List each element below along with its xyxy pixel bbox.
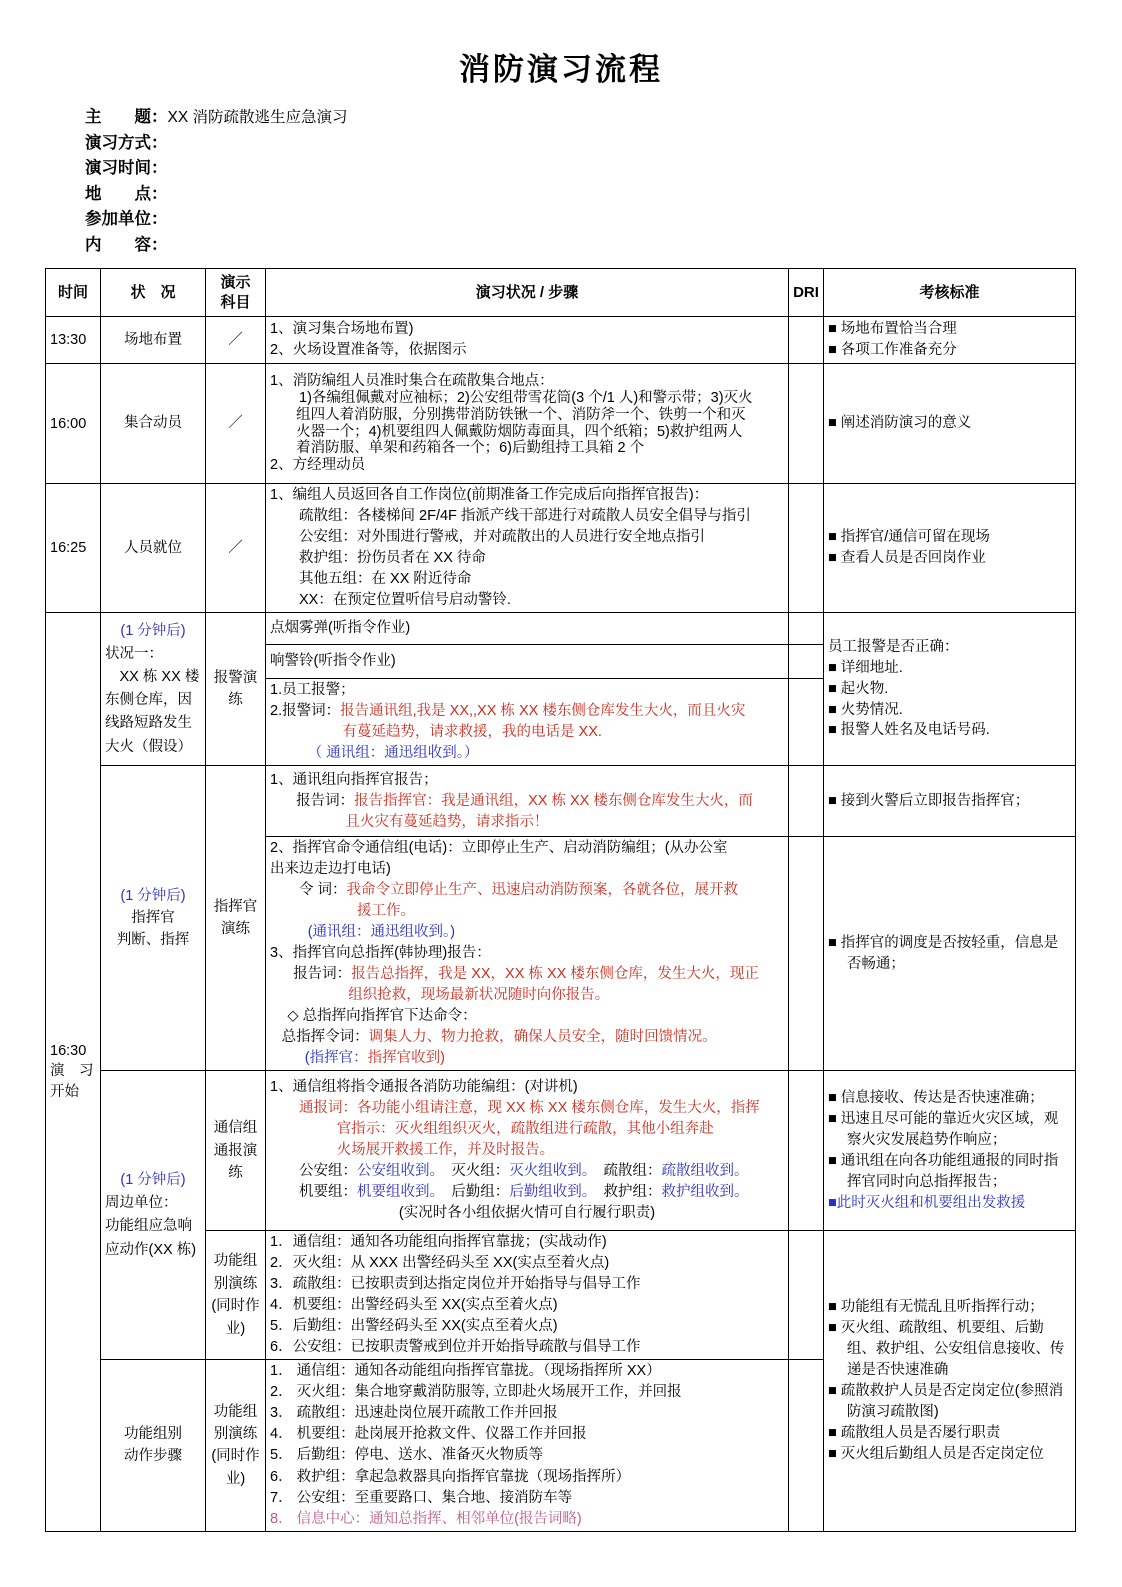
text-segment: 1、消防编组人员准时集合在疏散集合地点： bbox=[270, 373, 554, 389]
col-header-time: 时间 bbox=[46, 269, 101, 317]
text-segment: ■ 详细地址. bbox=[828, 660, 903, 676]
meta-row-content: 内 容： bbox=[85, 233, 1122, 259]
cell-status: 场地布置 bbox=[101, 317, 206, 364]
meta-row-time: 演习时间： bbox=[85, 156, 1122, 182]
cell-subject: 功能组 别演练 (同时作 业) bbox=[206, 1360, 266, 1531]
text-line: 着消防服、单架和药箱各一个；6)后勤组持工具箱 2 个 bbox=[270, 440, 784, 457]
text-segment: 1)各编组佩戴对应袖标；2)公安组带雪花筒(3 个/1 人)和警示带；3)灭火 bbox=[299, 390, 753, 406]
text-line: 公安组：公安组收到。 灭火组：灭火组收到。 疏散组：疏散组收到。 bbox=[270, 1161, 784, 1182]
text-segment: 公安组收到。 bbox=[357, 1163, 437, 1179]
text-segment: 1、通信组将指令通报各消防功能编组：(对讲机) bbox=[270, 1079, 578, 1095]
text-segment: 2、指挥官命令通信组(电话)：立即停止生产、启动消防编组；(从办公室 bbox=[270, 840, 728, 856]
text-segment: 点烟雾弹(听指令作业) bbox=[270, 620, 410, 636]
text-segment: (1 分钟后) bbox=[120, 623, 185, 639]
cell-dri bbox=[789, 837, 824, 1071]
text-line: 4．机要组：出警经码头至 XX(实点至着火点) bbox=[270, 1295, 784, 1316]
text-segment: 5． 后勤组：停电、送水、准备灭火物质等 bbox=[270, 1447, 543, 1463]
cell-steps: 1、通讯组向指挥官报告；报告词：报告指挥官：我是通讯组，XX 栋 XX 楼东侧仓… bbox=[266, 766, 789, 837]
text-segment: 公安组： bbox=[299, 1163, 357, 1179]
text-segment: 救护组：扮伤员者在 XX 待命 bbox=[299, 550, 486, 566]
text-line: 2． 灭火组：集合地穿戴消防服等, 立即赴火场展开工作，并回报 bbox=[270, 1382, 784, 1403]
text-segment: 5．后勤组：出警经码头至 XX(实点至着火点) bbox=[270, 1318, 558, 1334]
text-segment: 2． 灭火组：集合地穿戴消防服等, 立即赴火场展开工作，并回报 bbox=[270, 1384, 682, 1400]
cell-time: 16:30 演 习 开始 bbox=[46, 613, 101, 1531]
text-segment: 指挥官收到) bbox=[368, 1050, 445, 1066]
meta-section: 主 题：XX 消防疏散逃生应急演习 演习方式： 演习时间： 地 点： 参加单位：… bbox=[85, 105, 1122, 258]
text-line: 2、指挥官命令通信组(电话)：立即停止生产、启动消防编组；(从办公室 bbox=[270, 838, 784, 859]
text-line: (通讯组：通迅组收到。) bbox=[270, 922, 784, 943]
text-line: 2.报警词：报告通讯组,我是 XX,,XX 栋 XX 楼东侧仓库发生大火，而且火… bbox=[270, 701, 784, 722]
text-line: (实况时各小组依据火情可自行履行职责) bbox=[270, 1203, 784, 1224]
text-line: XX 栋 XX 楼东侧仓库，因线路短路发生大火（假设） bbox=[105, 666, 201, 759]
text-line: ■ 指挥官的调度是否按轻重，信息是否畅通； bbox=[828, 933, 1071, 975]
text-segment: 疏散组：各楼梯间 2F/4F 指派产线干部进行对疏散人员安全倡导与指引 bbox=[299, 508, 751, 524]
text-segment: 周边单位： bbox=[105, 1195, 178, 1211]
text-segment: (指挥官： bbox=[305, 1050, 368, 1066]
text-segment: ◇ 总指挥向指挥官下达命令： bbox=[287, 1008, 476, 1024]
text-line: 火器一个；4)机要组四人佩戴防烟防毒面具，四个纸箱；5)救护组两人 bbox=[270, 424, 784, 441]
text-segment: 疏散组： bbox=[589, 1163, 662, 1179]
text-segment: 其他五组：在 XX 附近待命 bbox=[299, 571, 471, 587]
cell-status: 人员就位 bbox=[101, 484, 206, 613]
text-line: ■ 灭火组、疏散组、机要组、后勤组、救护组、公安组信息接收、传递是否快速准确 bbox=[828, 1318, 1071, 1381]
text-line: ■ 各项工作准备充分 bbox=[828, 340, 1071, 361]
text-segment: 后勤组收到。 bbox=[509, 1184, 589, 1200]
text-segment: 员工报警是否正确： bbox=[828, 639, 959, 655]
text-segment: 报告总指挥，我是 XX，XX 栋 XX 楼东侧仓库，发生大火，现正 bbox=[351, 966, 759, 982]
text-line: ■ 信息接收、传达是否快速准确； bbox=[828, 1088, 1071, 1109]
text-line: ■此时灭火组和机要组出发救援 bbox=[828, 1193, 1071, 1214]
text-segment: 后勤组： bbox=[437, 1184, 510, 1200]
cell-assess: ■ 场地布置恰当合理■ 各项工作准备充分 bbox=[824, 317, 1076, 364]
text-segment: 报告通讯组,我是 XX,,XX 栋 XX 楼东侧仓库发生大火，而且火灾 bbox=[340, 703, 745, 719]
text-segment: 判断、指挥 bbox=[117, 932, 190, 948]
text-line: 2、方经理动员 bbox=[270, 457, 784, 474]
text-segment: ■ 指挥官的调度是否按轻重，信息是否畅通； bbox=[828, 935, 1058, 972]
meta-label: 参加单位： bbox=[85, 210, 168, 228]
cell-subject: ／ bbox=[206, 484, 266, 613]
text-segment: ■此时灭火组和机要组出发救援 bbox=[828, 1195, 1025, 1211]
col-header-status: 状 况 bbox=[101, 269, 206, 317]
text-line: 6．公安组：已按职责警戒到位并开始指导疏散与倡导工作 bbox=[270, 1337, 784, 1358]
text-segment: ■ 查看人员是否回岗作业 bbox=[828, 550, 986, 566]
text-line: 7． 公安组：至重要路口、集合地、接消防车等 bbox=[270, 1488, 784, 1509]
text-line: 2．灭火组：从 XXX 出警经码头至 XX(实点至着火点) bbox=[270, 1253, 784, 1274]
text-line: ■ 起火物. bbox=[828, 679, 1071, 700]
cell-dri bbox=[789, 613, 824, 645]
text-segment: 2、火场设置准备等，依据图示 bbox=[270, 342, 467, 358]
cell-assess: ■ 接到火警后立即报告指挥官； bbox=[824, 766, 1076, 837]
text-line: ■ 疏散组人员是否屡行职责 bbox=[828, 1423, 1071, 1444]
text-segment: ■ 疏散组人员是否屡行职责 bbox=[828, 1425, 1000, 1441]
cell-assess: ■ 指挥官的调度是否按轻重，信息是否畅通； bbox=[824, 837, 1076, 1071]
col-header-assess: 考核标准 bbox=[824, 269, 1076, 317]
cell-steps: 点烟雾弹(听指令作业) bbox=[266, 613, 789, 645]
text-line: 指挥官 bbox=[105, 907, 201, 929]
text-line: 8． 信息中心：通知总指挥、相邻单位(报告词略) bbox=[270, 1509, 784, 1530]
text-segment: 官指示：灭火组组织灭火，疏散组进行疏散，其他小组奔赴 bbox=[337, 1121, 714, 1137]
text-line: ■ 通讯组在向各功能组通报的同时指挥官同时向总指挥报告； bbox=[828, 1151, 1071, 1193]
cell-status: (1 分钟后)指挥官判断、指挥 bbox=[101, 766, 206, 1071]
text-segment: 3． 疏散组：迅速赴岗位展开疏散工作并回报 bbox=[270, 1405, 558, 1421]
text-segment: 着消防服、单架和药箱各一个；6)后勤组持工具箱 2 个 bbox=[296, 440, 644, 456]
text-line: 疏散组：各楼梯间 2F/4F 指派产线干部进行对疏散人员安全倡导与指引 bbox=[270, 506, 784, 527]
cell-dri bbox=[789, 1231, 824, 1360]
cell-dri bbox=[789, 679, 824, 766]
text-line: 官指示：灭火组组织灭火，疏散组进行疏散，其他小组奔赴 bbox=[270, 1119, 784, 1140]
text-segment: 8． 信息中心：通知总指挥、相邻单位(报告词略) bbox=[270, 1511, 582, 1527]
text-segment: 报告词： bbox=[296, 793, 354, 809]
table-row: (1 分钟后)周边单位：功能组应急响应动作(XX 栋) 通信组 通报演 练 1、… bbox=[46, 1071, 1076, 1231]
drill-table: 时间 状 况 演示 科目 演习状况 / 步骤 DRI 考核标准 13:30 场地… bbox=[45, 268, 1076, 1532]
cell-assess: ■ 指挥官/通信可留在现场■ 查看人员是否回岗作业 bbox=[824, 484, 1076, 613]
text-segment: 动作步骤 bbox=[124, 1448, 182, 1464]
text-line: 3． 疏散组：迅速赴岗位展开疏散工作并回报 bbox=[270, 1403, 784, 1424]
text-line: 4． 机要组：赴岗展开抢救文件、仪器工作并回报 bbox=[270, 1424, 784, 1445]
text-line: ■ 接到火警后立即报告指挥官； bbox=[828, 791, 1071, 812]
meta-row-subject: 主 题：XX 消防疏散逃生应急演习 bbox=[85, 105, 1122, 131]
text-segment: 1．通信组：通知各功能组向指挥官靠拢；(实战动作) bbox=[270, 1234, 607, 1250]
cell-time: 16:00 bbox=[46, 364, 101, 484]
cell-steps: 1、编组人员返回各自工作岗位(前期准备工作完成后向指挥官报告)：疏散组：各楼梯间… bbox=[266, 484, 789, 613]
meta-label: 主 题： bbox=[85, 108, 168, 126]
text-line: 1、通讯组向指挥官报告； bbox=[270, 770, 784, 791]
text-segment: 1、通讯组向指挥官报告； bbox=[270, 772, 438, 788]
text-line: 报告词：报告总指挥，我是 XX，XX 栋 XX 楼东侧仓库，发生大火，现正 bbox=[270, 964, 784, 985]
text-line: 机要组：机要组收到。 后勤组：后勤组收到。 救护组：救护组收到。 bbox=[270, 1182, 784, 1203]
col-header-dri: DRI bbox=[789, 269, 824, 317]
table-header-row: 时间 状 况 演示 科目 演习状况 / 步骤 DRI 考核标准 bbox=[46, 269, 1076, 317]
text-segment: 公安组：对外围进行警戒，并对疏散出的人员进行安全地点指引 bbox=[299, 529, 705, 545]
text-line: 1)各编组佩戴对应袖标；2)公安组带雪花筒(3 个/1 人)和警示带；3)灭火 bbox=[270, 390, 784, 407]
cell-steps: 1、通信组将指令通报各消防功能编组：(对讲机)通报词：各功能小组请注意，现 XX… bbox=[266, 1071, 789, 1231]
text-segment: 1． 通信组：通知各动能组向指挥官靠拢。（现场指挥所 XX） bbox=[270, 1363, 661, 1379]
text-segment: 通报词：各功能小组请注意，现 XX 栋 XX 楼东侧仓库，发生大火，指挥 bbox=[299, 1100, 760, 1116]
text-segment: ■ 阐述消防演习的意义 bbox=[828, 415, 971, 431]
cell-subject: 功能组 别演练 (同时作 业) bbox=[206, 1231, 266, 1360]
text-line: 1、通信组将指令通报各消防功能编组：(对讲机) bbox=[270, 1077, 784, 1098]
text-segment: ■ 疏散救护人员是否定岗定位(参照消防演习疏散图) bbox=[828, 1383, 1063, 1420]
text-segment: 火器一个；4)机要组四人佩戴防烟防毒面具，四个纸箱；5)救护组两人 bbox=[296, 424, 742, 440]
text-segment: ■ 指挥官/通信可留在现场 bbox=[828, 529, 990, 545]
text-segment: 功能组应急响应动作(XX 栋) bbox=[105, 1218, 196, 1257]
text-segment: 灭火组收到。 bbox=[509, 1163, 589, 1179]
text-segment: ■ 火势情况. bbox=[828, 702, 903, 718]
text-line: 判断、指挥 bbox=[105, 929, 201, 951]
cell-status: (1 分钟后)状况一： XX 栋 XX 楼东侧仓库，因线路短路发生大火（假设） bbox=[101, 613, 206, 766]
text-segment: ■ 各项工作准备充分 bbox=[828, 342, 957, 358]
cell-status: 功能组别动作步骤 bbox=[101, 1360, 206, 1531]
text-segment: 1、编组人员返回各自工作岗位(前期准备工作完成后向指挥官报告)： bbox=[270, 487, 708, 503]
text-segment: 2.报警词： bbox=[270, 703, 340, 719]
text-line: 响警铃(听指令作业) bbox=[270, 651, 784, 672]
text-segment: （ 通讯组：通迅组收到。） bbox=[308, 745, 479, 761]
text-line: ■ 火势情况. bbox=[828, 700, 1071, 721]
cell-time: 16:25 bbox=[46, 484, 101, 613]
text-line: 救护组：扮伤员者在 XX 待命 bbox=[270, 548, 784, 569]
cell-steps: 1、演习集合场地布置)2、火场设置准备等，依据图示 bbox=[266, 317, 789, 364]
text-line: 1． 通信组：通知各动能组向指挥官靠拢。（现场指挥所 XX） bbox=[270, 1361, 784, 1382]
text-line: ■ 灭火组后勤组人员是否定岗定位 bbox=[828, 1444, 1071, 1465]
text-segment: 令 词： bbox=[299, 882, 347, 898]
text-line: （ 通讯组：通迅组收到。） bbox=[270, 743, 784, 764]
text-segment: 报告词： bbox=[293, 966, 351, 982]
cell-assess: ■ 信息接收、传达是否快速准确；■ 迅速且尽可能的靠近火灾区域，观察火灾发展趋势… bbox=[824, 1071, 1076, 1231]
text-segment: XX 栋 XX 楼东侧仓库，因线路短路发生大火（假设） bbox=[105, 669, 199, 755]
text-segment: 响警铃(听指令作业) bbox=[270, 653, 396, 669]
text-line: 出来边走边打电话) bbox=[270, 859, 784, 880]
cell-steps: 1．通信组：通知各功能组向指挥官靠拢；(实战动作)2．灭火组：从 XXX 出警经… bbox=[266, 1231, 789, 1360]
meta-label: 地 点： bbox=[85, 185, 168, 203]
text-segment: 6． 救护组：拿起急救器具向指挥官靠拢（现场指挥所） bbox=[270, 1469, 630, 1485]
text-segment: 状况一： bbox=[105, 646, 163, 662]
text-line: 5．后勤组：出警经码头至 XX(实点至着火点) bbox=[270, 1316, 784, 1337]
cell-assess: ■ 功能组有无慌乱且听指挥行动；■ 灭火组、疏散组、机要组、后勤组、救护组、公安… bbox=[824, 1231, 1076, 1531]
text-segment: 且火灾有蔓延趋势，请求指示！ bbox=[345, 814, 548, 830]
text-line: (1 分钟后) bbox=[105, 885, 201, 907]
text-line: ■ 报警人姓名及电话号码. bbox=[828, 720, 1071, 741]
text-segment: 疏散组收到。 bbox=[662, 1163, 749, 1179]
cell-steps: 2、指挥官命令通信组(电话)：立即停止生产、启动消防编组；(从办公室出来边走边打… bbox=[266, 837, 789, 1071]
text-segment: 组织抢救，现场最新状况随时向你报告。 bbox=[348, 987, 609, 1003]
cell-dri bbox=[789, 484, 824, 613]
cell-steps: 响警铃(听指令作业) bbox=[266, 645, 789, 679]
text-segment: ■ 信息接收、传达是否快速准确； bbox=[828, 1090, 1044, 1106]
cell-dri bbox=[789, 364, 824, 484]
text-line: 其他五组：在 XX 附近待命 bbox=[270, 569, 784, 590]
text-segment: 机要组： bbox=[299, 1184, 357, 1200]
text-line: 报告词：报告指挥官：我是通讯组，XX 栋 XX 楼东侧仓库发生大火，而 bbox=[270, 791, 784, 812]
text-line: 令 词：我命令立即停止生产、迅速启动消防预案，各就各位，展开救 bbox=[270, 880, 784, 901]
text-segment: 功能组别 bbox=[124, 1426, 182, 1442]
cell-dri bbox=[789, 645, 824, 679]
cell-subject: 指挥官 演练 bbox=[206, 766, 266, 1071]
cell-dri bbox=[789, 317, 824, 364]
text-segment: XX：在预定位置听信号启动警铃. bbox=[299, 592, 511, 608]
text-line: ■ 详细地址. bbox=[828, 658, 1071, 679]
text-line: ■ 功能组有无慌乱且听指挥行动； bbox=[828, 1297, 1071, 1318]
text-segment: 1.员工报警； bbox=[270, 682, 355, 698]
text-line: (1 分钟后) bbox=[105, 620, 201, 643]
text-line: 有蔓延趋势，请求救援，我的电话是 XX. bbox=[270, 722, 784, 743]
text-line: 总指挥令词：调集人力、物力抢救，确保人员安全，随时回馈情况。 bbox=[270, 1027, 784, 1048]
text-line: (1 分钟后) bbox=[105, 1169, 201, 1192]
cell-dri bbox=[789, 1071, 824, 1231]
text-segment: 总指挥令词： bbox=[282, 1029, 369, 1045]
text-segment: (实况时各小组依据火情可自行履行职责) bbox=[399, 1205, 655, 1221]
document-page: 消防演习流程 主 题：XX 消防疏散逃生应急演习 演习方式： 演习时间： 地 点… bbox=[0, 0, 1122, 1587]
text-line: 通报词：各功能小组请注意，现 XX 栋 XX 楼东侧仓库，发生大火，指挥 bbox=[270, 1098, 784, 1119]
text-segment: 救护组收到。 bbox=[662, 1184, 749, 1200]
text-line: 援工作。 bbox=[270, 901, 784, 922]
text-segment: ■ 场地布置恰当合理 bbox=[828, 321, 957, 337]
text-line: 动作步骤 bbox=[105, 1445, 201, 1467]
meta-value: XX 消防疏散逃生应急演习 bbox=[168, 109, 348, 126]
cell-subject: 报警演 练 bbox=[206, 613, 266, 766]
text-line: 3．疏散组：已按职责到达指定岗位并开始指导与倡导工作 bbox=[270, 1274, 784, 1295]
text-line: 功能组别 bbox=[105, 1423, 201, 1445]
text-segment: 4． 机要组：赴岗展开抢救文件、仪器工作并回报 bbox=[270, 1426, 587, 1442]
cell-subject: 通信组 通报演 练 bbox=[206, 1071, 266, 1231]
text-segment: 组四人着消防服，分别携带消防铁锹一个、消防斧一个、铁剪一个和灭 bbox=[296, 407, 746, 423]
cell-steps: 1、消防编组人员准时集合在疏散集合地点：1)各编组佩戴对应袖标；2)公安组带雪花… bbox=[266, 364, 789, 484]
text-segment: 援工作。 bbox=[357, 903, 415, 919]
text-line: 且火灾有蔓延趋势，请求指示！ bbox=[270, 812, 784, 833]
text-line: 公安组：对外围进行警戒，并对疏散出的人员进行安全地点指引 bbox=[270, 527, 784, 548]
text-line: 功能组应急响应动作(XX 栋) bbox=[105, 1215, 201, 1261]
meta-label: 演习时间： bbox=[85, 159, 168, 177]
text-line: 1.员工报警； bbox=[270, 680, 784, 701]
text-segment: 调集人力、物力抢救，确保人员安全，随时回馈情况。 bbox=[369, 1029, 717, 1045]
text-segment: 6．公安组：已按职责警戒到位并开始指导疏散与倡导工作 bbox=[270, 1339, 641, 1355]
text-segment: ■ 报警人姓名及电话号码. bbox=[828, 722, 990, 738]
cell-steps: 1.员工报警；2.报警词：报告通讯组,我是 XX,,XX 栋 XX 楼东侧仓库发… bbox=[266, 679, 789, 766]
table-row: 16:00 集合动员 ／ 1、消防编组人员准时集合在疏散集合地点：1)各编组佩戴… bbox=[46, 364, 1076, 484]
cell-dri bbox=[789, 766, 824, 837]
text-line: (指挥官：指挥官收到) bbox=[270, 1048, 784, 1069]
text-line: ■ 场地布置恰当合理 bbox=[828, 319, 1071, 340]
col-header-subject: 演示 科目 bbox=[206, 269, 266, 317]
text-segment: 我命令立即停止生产、迅速启动消防预案，各就各位，展开救 bbox=[347, 882, 739, 898]
text-line: 1．通信组：通知各功能组向指挥官靠拢；(实战动作) bbox=[270, 1232, 784, 1253]
text-line: 6． 救护组：拿起急救器具向指挥官靠拢（现场指挥所） bbox=[270, 1467, 784, 1488]
cell-subject: ／ bbox=[206, 317, 266, 364]
text-segment: ■ 接到火警后立即报告指挥官； bbox=[828, 793, 1029, 809]
text-segment: ■ 通讯组在向各功能组通报的同时指挥官同时向总指挥报告； bbox=[828, 1153, 1058, 1190]
text-segment: 报告指挥官：我是通讯组，XX 栋 XX 楼东侧仓库发生大火，而 bbox=[354, 793, 753, 809]
text-line: 组四人着消防服，分别携带消防铁锹一个、消防斧一个、铁剪一个和灭 bbox=[270, 407, 784, 424]
text-line: ■ 阐述消防演习的意义 bbox=[828, 413, 1071, 434]
text-segment: ■ 起火物. bbox=[828, 681, 888, 697]
cell-assess: 员工报警是否正确：■ 详细地址.■ 起火物.■ 火势情况.■ 报警人姓名及电话号… bbox=[824, 613, 1076, 766]
cell-time: 13:30 bbox=[46, 317, 101, 364]
col-header-steps: 演习状况 / 步骤 bbox=[266, 269, 789, 317]
text-segment: 火场展开救援工作，并及时报告。 bbox=[337, 1142, 555, 1158]
text-line: 火场展开救援工作，并及时报告。 bbox=[270, 1140, 784, 1161]
cell-dri bbox=[789, 1360, 824, 1531]
text-segment: 灭火组： bbox=[437, 1163, 510, 1179]
cell-subject: ／ bbox=[206, 364, 266, 484]
text-segment: 1、演习集合场地布置) bbox=[270, 321, 413, 337]
meta-label: 内 容： bbox=[85, 236, 168, 254]
table-row: 13:30 场地布置 ／ 1、演习集合场地布置)2、火场设置准备等，依据图示 ■… bbox=[46, 317, 1076, 364]
text-line: ◇ 总指挥向指挥官下达命令： bbox=[270, 1006, 784, 1027]
text-segment: 7． 公安组：至重要路口、集合地、接消防车等 bbox=[270, 1490, 572, 1506]
meta-row-units: 参加单位： bbox=[85, 207, 1122, 233]
text-line: XX：在预定位置听信号启动警铃. bbox=[270, 590, 784, 611]
cell-assess: ■ 阐述消防演习的意义 bbox=[824, 364, 1076, 484]
text-segment: 有蔓延趋势，请求救援，我的电话是 XX. bbox=[343, 724, 602, 740]
cell-status: (1 分钟后)周边单位：功能组应急响应动作(XX 栋) bbox=[101, 1071, 206, 1360]
text-line: ■ 迅速且尽可能的靠近火灾区域，观察火灾发展趋势作响应； bbox=[828, 1109, 1071, 1151]
text-segment: ■ 迅速且尽可能的靠近火灾区域，观察火灾发展趋势作响应； bbox=[828, 1111, 1058, 1148]
text-line: 1、演习集合场地布置) bbox=[270, 319, 784, 340]
text-segment: 3、指挥官向总指挥(韩协理)报告： bbox=[270, 945, 491, 961]
page-title: 消防演习流程 bbox=[0, 0, 1122, 89]
table-row: 16:25 人员就位 ／ 1、编组人员返回各自工作岗位(前期准备工作完成后向指挥… bbox=[46, 484, 1076, 613]
text-line: 组织抢救，现场最新状况随时向你报告。 bbox=[270, 985, 784, 1006]
text-line: 1、消防编组人员准时集合在疏散集合地点： bbox=[270, 373, 784, 390]
text-line: 3、指挥官向总指挥(韩协理)报告： bbox=[270, 943, 784, 964]
text-line: 1、编组人员返回各自工作岗位(前期准备工作完成后向指挥官报告)： bbox=[270, 485, 784, 506]
text-segment: (通讯组：通迅组收到。) bbox=[308, 924, 455, 940]
text-segment: 救护组： bbox=[589, 1184, 662, 1200]
text-segment: 3．疏散组：已按职责到达指定岗位并开始指导与倡导工作 bbox=[270, 1276, 641, 1292]
text-segment: (1 分钟后) bbox=[120, 888, 185, 904]
meta-row-method: 演习方式： bbox=[85, 131, 1122, 157]
text-segment: 4．机要组：出警经码头至 XX(实点至着火点) bbox=[270, 1297, 558, 1313]
text-segment: 出来边走边打电话) bbox=[270, 861, 391, 877]
text-line: 5． 后勤组：停电、送水、准备灭火物质等 bbox=[270, 1445, 784, 1466]
meta-row-place: 地 点： bbox=[85, 182, 1122, 208]
text-segment: (1 分钟后) bbox=[120, 1172, 185, 1188]
text-line: ■ 查看人员是否回岗作业 bbox=[828, 548, 1071, 569]
text-segment: 2、方经理动员 bbox=[270, 457, 365, 473]
text-line: 状况一： bbox=[105, 643, 201, 666]
text-segment: 指挥官 bbox=[131, 910, 175, 926]
text-segment: 机要组收到。 bbox=[357, 1184, 437, 1200]
cell-steps: 1． 通信组：通知各动能组向指挥官靠拢。（现场指挥所 XX）2． 灭火组：集合地… bbox=[266, 1360, 789, 1531]
table-row: 16:30 演 习 开始 (1 分钟后)状况一： XX 栋 XX 楼东侧仓库，因… bbox=[46, 613, 1076, 645]
text-line: ■ 指挥官/通信可留在现场 bbox=[828, 527, 1071, 548]
text-segment: 2．灭火组：从 XXX 出警经码头至 XX(实点至着火点) bbox=[270, 1255, 609, 1271]
cell-status: 集合动员 bbox=[101, 364, 206, 484]
meta-label: 演习方式： bbox=[85, 134, 168, 152]
text-line: ■ 疏散救护人员是否定岗定位(参照消防演习疏散图) bbox=[828, 1381, 1071, 1423]
text-segment: ■ 功能组有无慌乱且听指挥行动； bbox=[828, 1299, 1044, 1315]
text-line: 点烟雾弹(听指令作业) bbox=[270, 618, 784, 639]
text-segment: ■ 灭火组后勤组人员是否定岗定位 bbox=[828, 1446, 1044, 1462]
text-segment: ■ 灭火组、疏散组、机要组、后勤组、救护组、公安组信息接收、传递是否快速准确 bbox=[828, 1320, 1064, 1378]
text-line: 2、火场设置准备等，依据图示 bbox=[270, 340, 784, 361]
table-row: (1 分钟后)指挥官判断、指挥 指挥官 演练 1、通讯组向指挥官报告；报告词：报… bbox=[46, 766, 1076, 837]
text-line: 周边单位： bbox=[105, 1192, 201, 1215]
text-line: 员工报警是否正确： bbox=[828, 637, 1071, 658]
